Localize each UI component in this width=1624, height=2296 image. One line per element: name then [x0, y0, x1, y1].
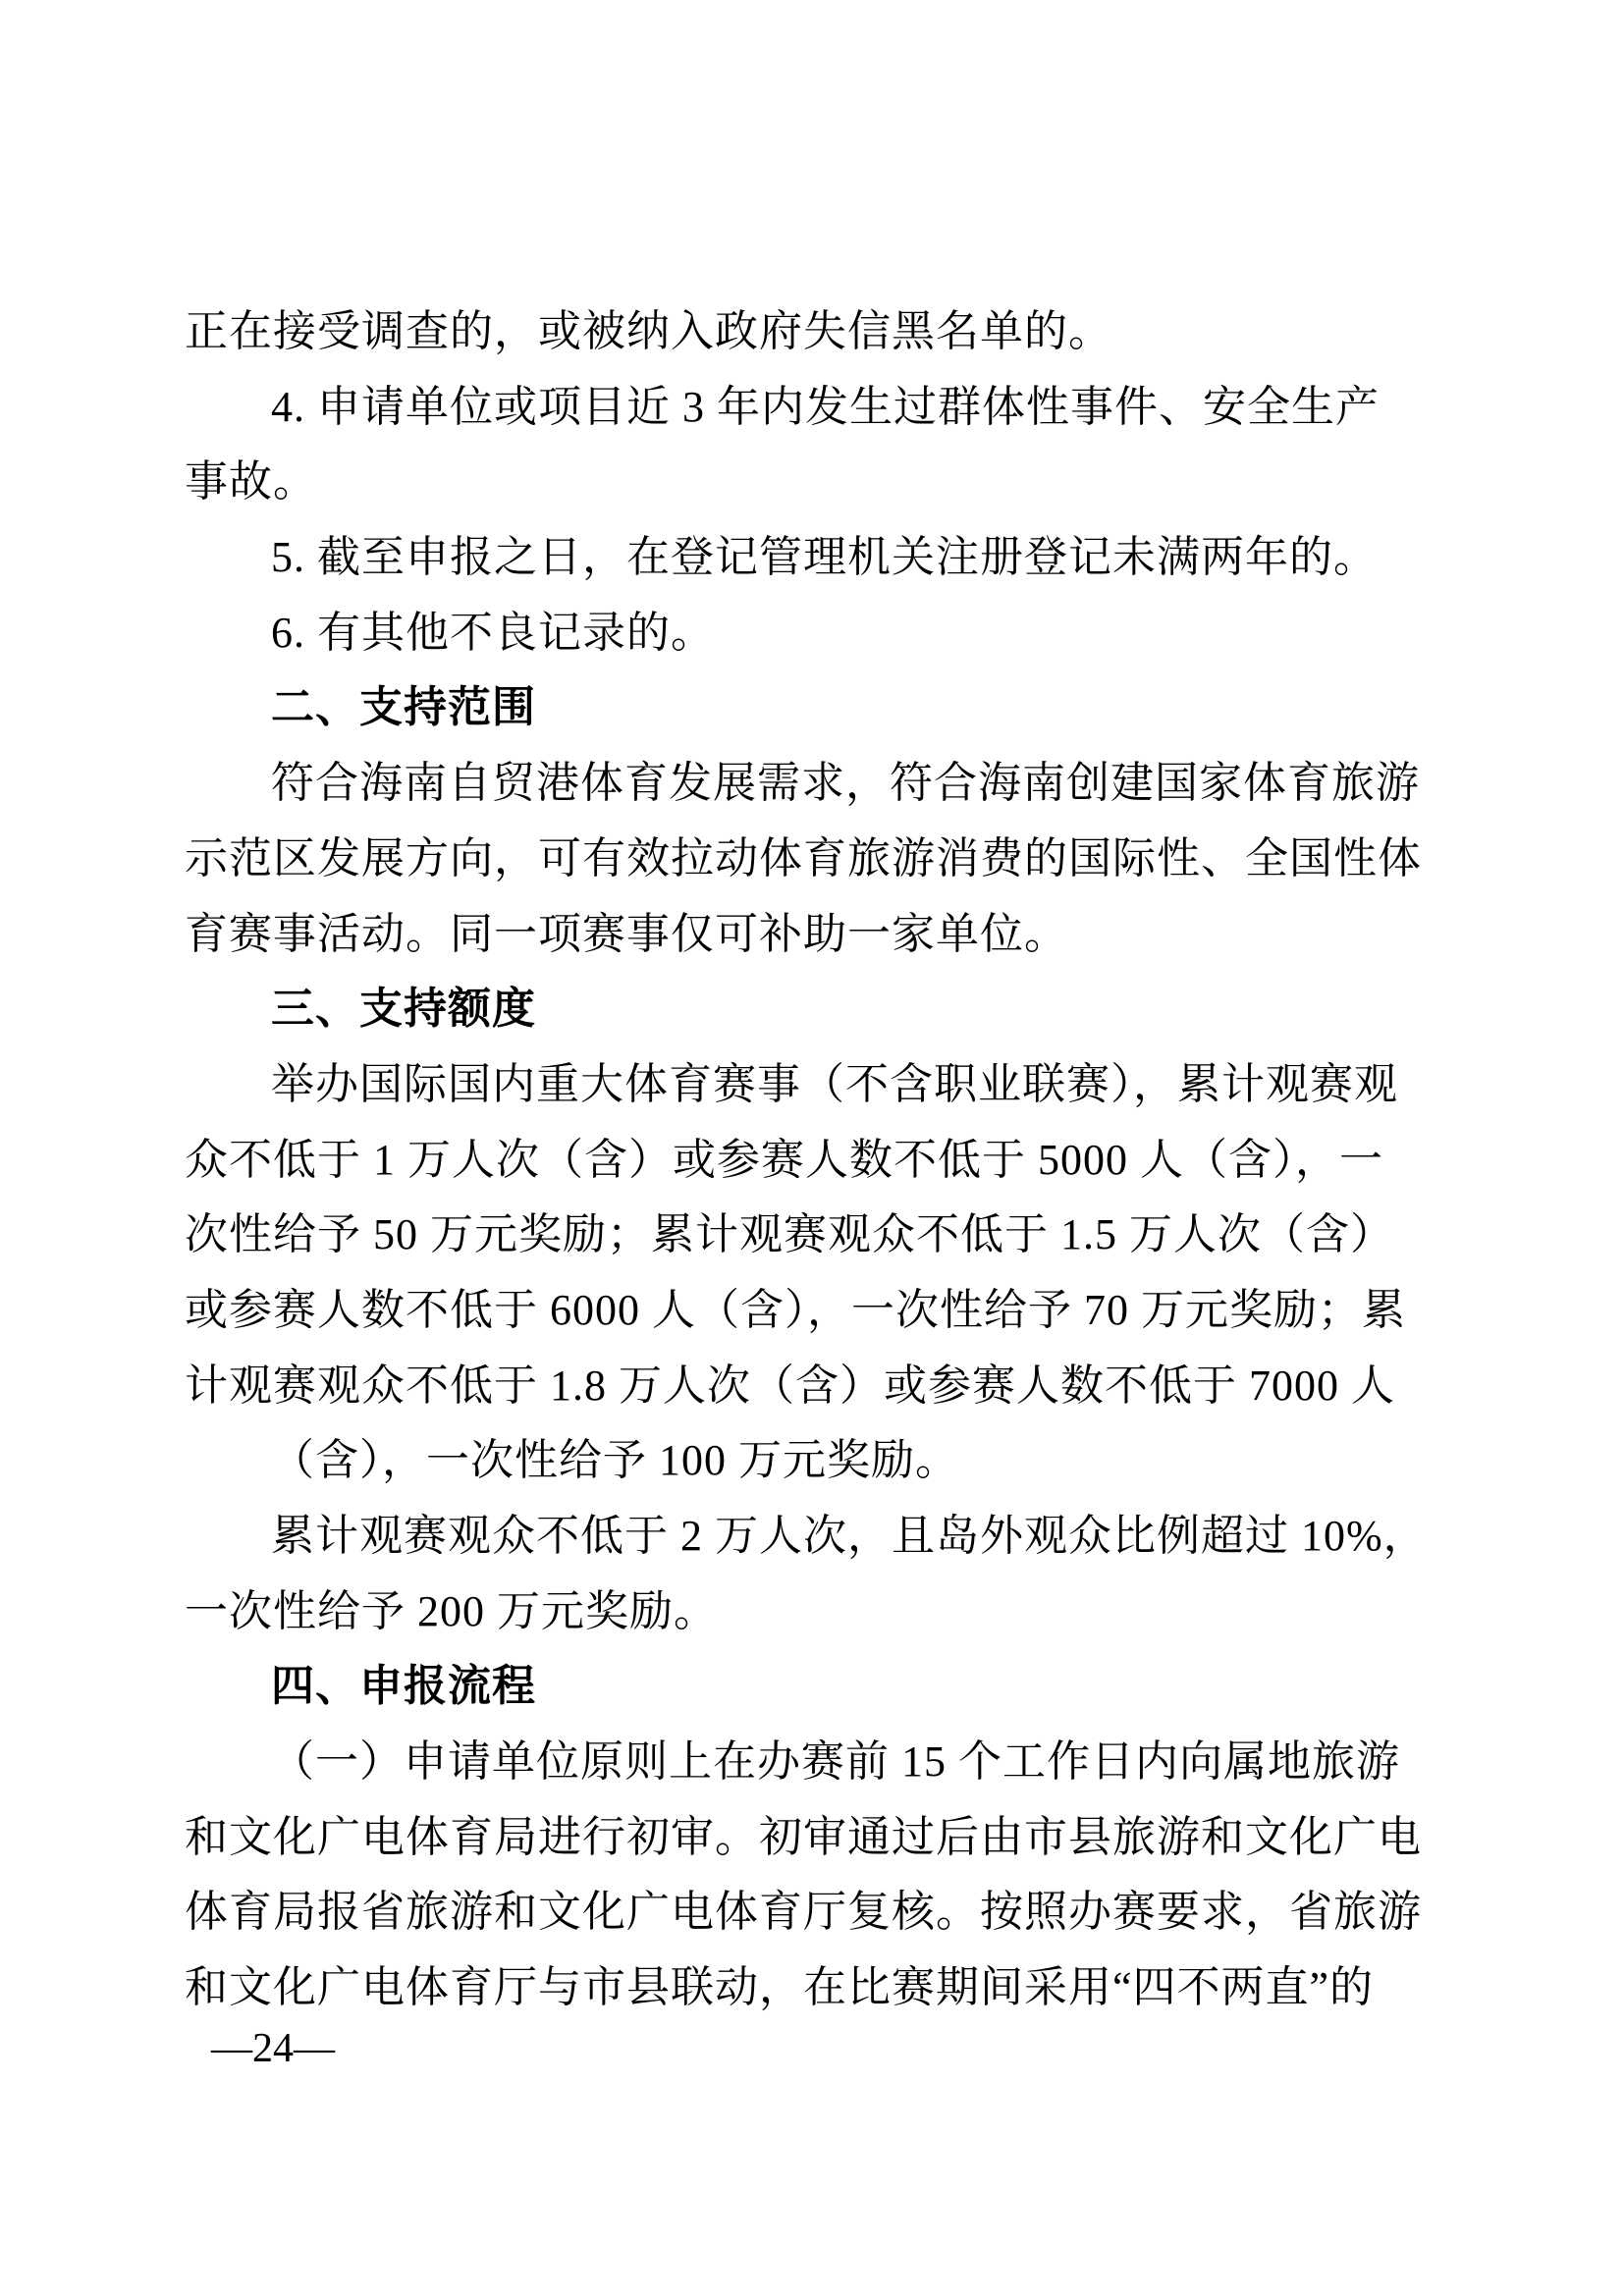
text-line: 或参赛人数不低于 6000 人（含），一次性给予 70 万元奖励；累 [185, 1273, 1490, 1349]
text-line: 育赛事活动。同一项赛事仅可补助一家单位。 [185, 897, 1490, 973]
text-line: 众不低于 1 万人次（含）或参赛人数不低于 5000 人（含），一 [185, 1123, 1490, 1199]
text-line: 符合海南自贸港体育发展需求，符合海南创建国家体育旅游 [185, 746, 1490, 822]
text-line: 计观赛观众不低于 1.8 万人次（含）或参赛人数不低于 7000 人 [185, 1349, 1490, 1424]
section-heading: 四、申报流程 [185, 1649, 1490, 1725]
text-line: （一）申请单位原则上在办赛前 15 个工作日内向属地旅游 [185, 1725, 1490, 1800]
text-column: 正在接受调查的，或被纳入政府失信黑名单的。 4. 申请单位或项目近 3 年内发生… [185, 294, 1490, 2026]
text-line: （含），一次性给予 100 万元奖励。 [185, 1423, 1490, 1499]
text-line: 一次性给予 200 万元奖励。 [185, 1575, 1490, 1650]
text-line: 举办国际国内重大体育赛事（不含职业联赛），累计观赛观 [185, 1047, 1490, 1123]
section-heading: 三、支持额度 [185, 972, 1490, 1047]
text-line: 示范区发展方向，可有效拉动体育旅游消费的国际性、全国性体 [185, 822, 1490, 897]
text-line: 次性给予 50 万元奖励；累计观赛观众不低于 1.5 万人次（含） [185, 1198, 1490, 1273]
text-line: 4. 申请单位或项目近 3 年内发生过群体性事件、安全生产 [185, 370, 1490, 446]
text-line: 6. 有其他不良记录的。 [185, 596, 1490, 671]
text-line: 5. 截至申报之日，在登记管理机关注册登记未满两年的。 [185, 520, 1490, 596]
text-line: 体育局报省旅游和文化广电体育厅复核。按照办赛要求，省旅游 [185, 1875, 1490, 1950]
page-number: —24— [211, 2025, 335, 2072]
text-line: 事故。 [185, 445, 1490, 520]
text-line: 累计观赛观众不低于 2 万人次，且岛外观众比例超过 10%， [185, 1499, 1490, 1575]
section-heading: 二、支持范围 [185, 670, 1490, 746]
text-line: 正在接受调查的，或被纳入政府失信黑名单的。 [185, 294, 1490, 370]
text-line: 和文化广电体育厅与市县联动，在比赛期间采用“四不两直”的 [185, 1950, 1490, 2026]
text-line: 和文化广电体育局进行初审。初审通过后由市县旅游和文化广电 [185, 1800, 1490, 1876]
document-page: 正在接受调查的，或被纳入政府失信黑名单的。 4. 申请单位或项目近 3 年内发生… [0, 0, 1624, 2296]
